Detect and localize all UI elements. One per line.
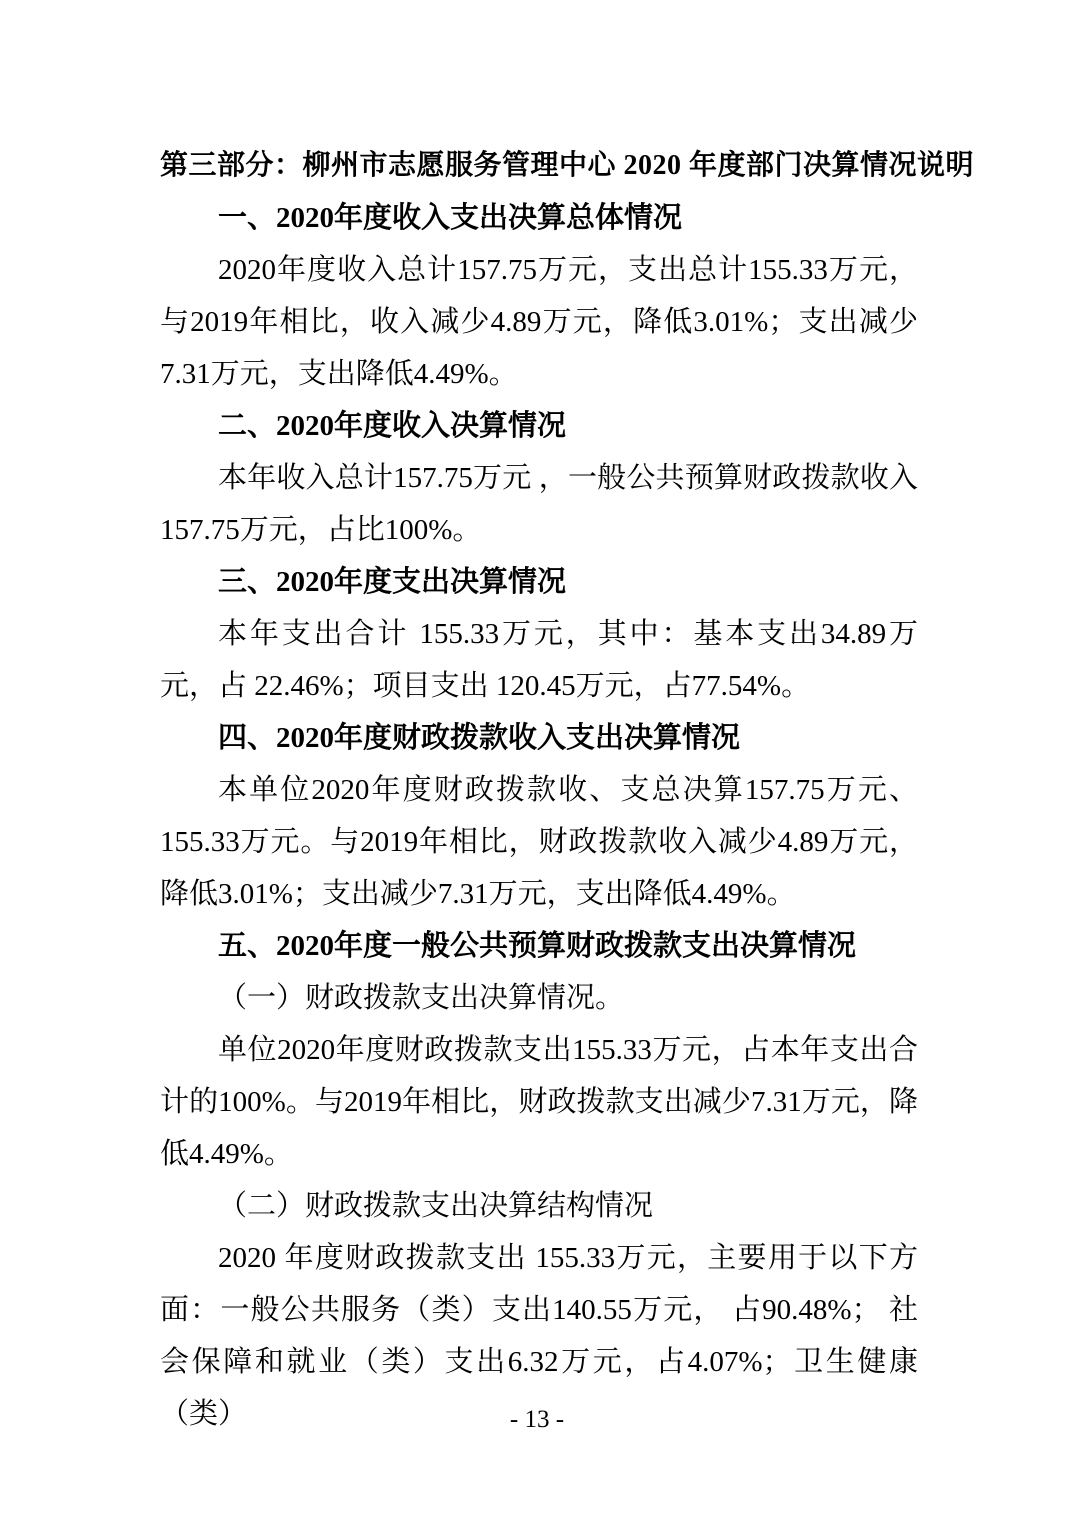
section-2-paragraph: 本年收入总计157.75万元 ，一般公共预算财政拨款收入157.75万元，占比1… [160, 452, 918, 556]
section-5-heading: 五、2020年度一般公共预算财政拨款支出决算情况 [160, 920, 918, 972]
section-2-heading: 二、2020年度收入决算情况 [160, 400, 918, 452]
document-page: 第三部分：柳州市志愿服务管理中心 2020 年度部门决算情况说明 一、2020年… [0, 0, 1074, 1520]
section-3-heading: 三、2020年度支出决算情况 [160, 556, 918, 608]
section-4-heading: 四、2020年度财政拨款收入支出决算情况 [160, 712, 918, 764]
document-body: 第三部分：柳州市志愿服务管理中心 2020 年度部门决算情况说明 一、2020年… [160, 140, 918, 1440]
subsection-5-1-heading: （一）财政拨款支出决算情况。 [160, 972, 918, 1024]
subsection-5-1-paragraph: 单位2020年度财政拨款支出155.33万元，占本年支出合计的100%。与201… [160, 1024, 918, 1180]
document-title: 第三部分：柳州市志愿服务管理中心 2020 年度部门决算情况说明 [160, 140, 918, 192]
page-number: - 13 - [0, 1405, 1074, 1435]
subsection-5-2-heading: （二）财政拨款支出决算结构情况 [160, 1180, 918, 1232]
section-1-paragraph: 2020年度收入总计157.75万元，支出总计155.33万元，与2019年相比… [160, 244, 918, 400]
section-4-paragraph: 本单位2020年度财政拨款收、支总决算157.75万元、155.33万元。与20… [160, 764, 918, 920]
section-3-paragraph: 本年支出合计 155.33万元，其中：基本支出34.89万元，占 22.46%；… [160, 608, 918, 712]
section-1-heading: 一、2020年度收入支出决算总体情况 [160, 192, 918, 244]
